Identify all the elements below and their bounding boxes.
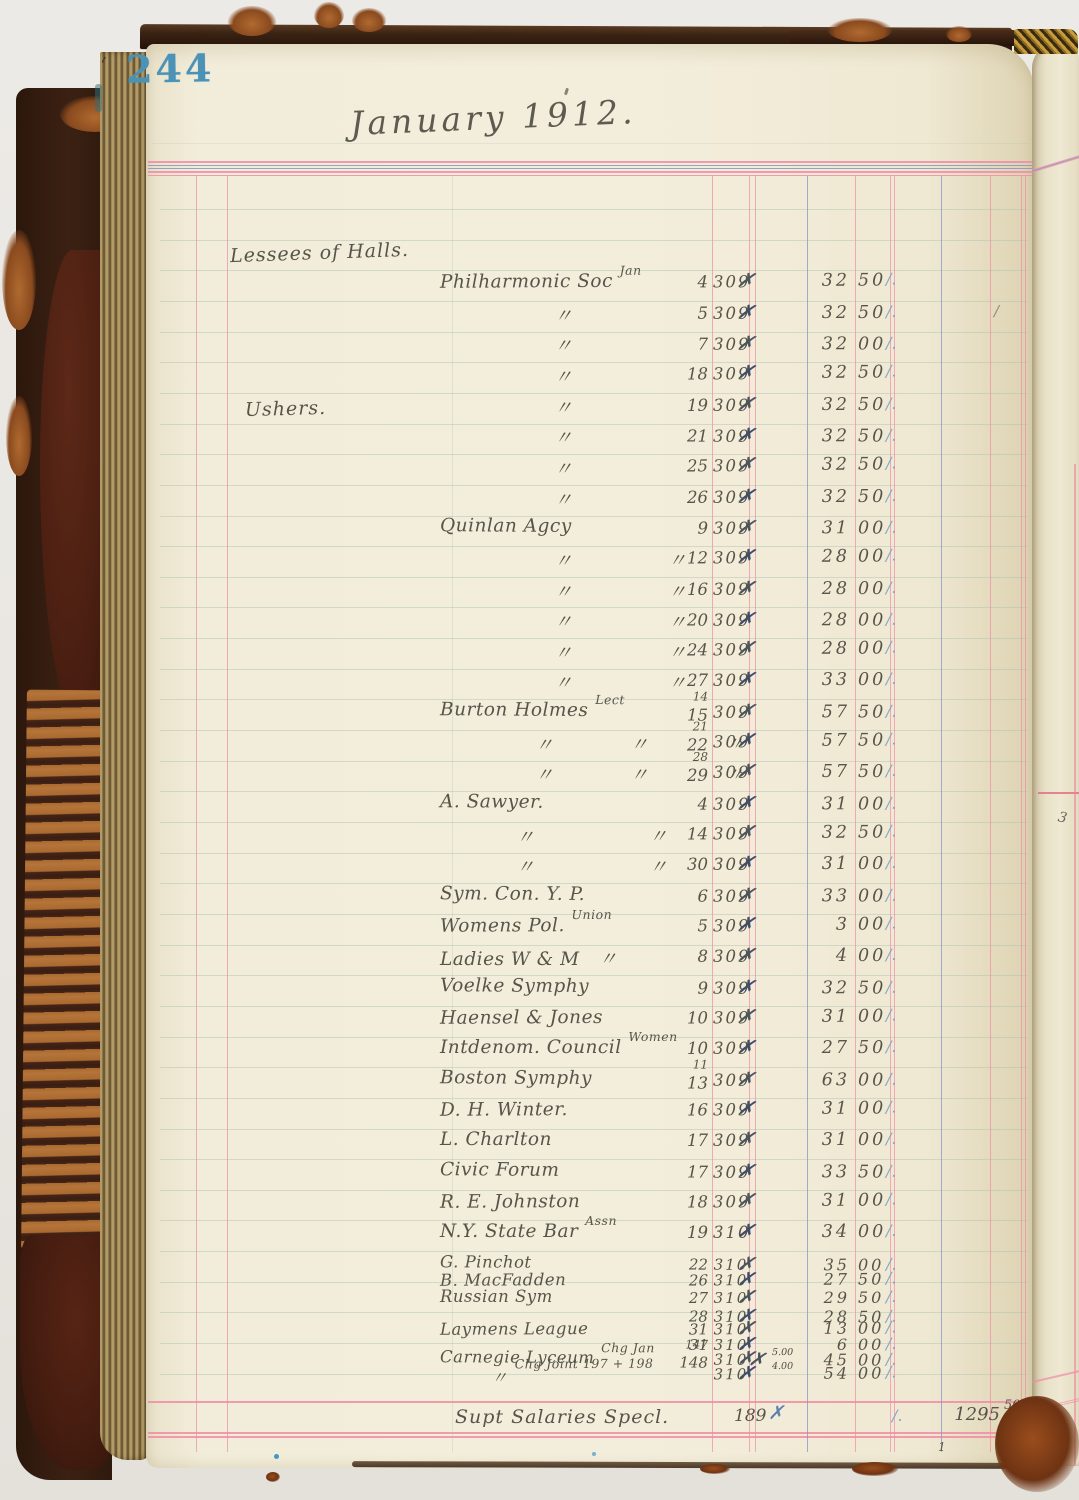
entry-day: 8 [668, 947, 708, 966]
next-leaf-gold-stripes [1014, 29, 1078, 54]
ledger-row: 〃26309✗3250/. [146, 484, 1030, 514]
footer-tick-icon: /. [892, 1406, 902, 1425]
entry-name: 〃 〃 [440, 638, 687, 665]
entry-tick-icon: /. [886, 761, 896, 780]
entry-amount-cents: 00 [858, 914, 886, 934]
blue-speck [274, 1454, 279, 1459]
entry-superscript: Chg Joint 197 + 198 [508, 1356, 654, 1372]
rust-blob [995, 1396, 1079, 1492]
entry-tick-icon: /. [886, 945, 896, 964]
entry-amount-dollars: 32 [788, 822, 850, 842]
entry-tick-icon: /. [886, 1129, 896, 1148]
entry-right-mark: / [994, 302, 999, 320]
entry-name: Quinlan Agcy [440, 515, 572, 537]
ledger-row: 〃25309✗3250/. [146, 451, 1030, 486]
entry-amount-dollars: 57 [788, 730, 850, 750]
ledger-row: 〃7309✗3200/. [146, 328, 1030, 363]
entry-tick-icon: /. [886, 1037, 896, 1056]
entry-tick-icon: /. [886, 913, 897, 932]
entry-amount-cents: 00 [858, 1190, 886, 1210]
entry-amount-cents: 00 [858, 579, 886, 599]
entry-amount-cents: 00 [858, 1098, 886, 1118]
entry-tick-icon: /. [886, 578, 896, 597]
entry-tick-icon: /. [886, 821, 897, 840]
entry-day: 13 [668, 1073, 708, 1092]
entry-tick-icon: /. [886, 1097, 897, 1116]
entry-tick-icon: /. [886, 794, 897, 813]
entry-amount-cents: 50 [858, 454, 886, 474]
entry-day: 5 [668, 304, 708, 323]
entry-name: N.Y. State Bar Assn [440, 1221, 578, 1242]
footer-ref-check-icon: ✗ [768, 1402, 784, 1424]
entry-tick-icon: /. [886, 486, 896, 505]
rust-speck [700, 1464, 730, 1474]
entry-name: 〃 Chg Joint 197 + 198 [440, 1364, 508, 1388]
entry-day: 4 [668, 794, 708, 813]
entry-day: 16 [668, 1100, 708, 1119]
entry-name: Womens Pol. Union [440, 915, 565, 937]
ledger-row: Quinlan Agcy9309✗3100/. [146, 512, 1030, 547]
ledger-row: Womens Pol. Union5309✗300/. [146, 910, 1030, 945]
entry-amount-dollars: 27 [788, 1038, 850, 1058]
entry-amount-dollars: 31 [788, 854, 850, 874]
entry-superscript: Jan [613, 263, 642, 278]
ledger-row: L. Charlton17309✗3100/. [146, 1127, 1030, 1157]
entry-amount-dollars: 28 [788, 546, 850, 566]
entry-day: 29 [668, 766, 708, 785]
entry-amount-dollars: 57 [788, 762, 850, 782]
footer-amount-dollars: 1295 [914, 1404, 1000, 1425]
entry-day: 30 [668, 855, 708, 874]
entry-tick-icon: /. [886, 545, 897, 564]
entry-name: Boston Symphy [440, 1067, 592, 1089]
page-number: 244 [126, 45, 215, 92]
entry-amount-cents: 00 [858, 638, 886, 658]
photo-backdrop: January 1912. Lessees of Halls. Ushers. … [0, 0, 1079, 1500]
entry-name: 〃 [440, 394, 573, 420]
entry-amount-dollars: 31 [788, 1098, 850, 1118]
next-page-squiggle: 3 [1056, 809, 1068, 827]
entry-tick-icon: /. [886, 1069, 897, 1088]
entry-tick-icon: /. [886, 729, 897, 748]
entry-amount-dollars: 32 [788, 334, 850, 354]
header-band-line [148, 165, 1034, 167]
entry-day: 9 [668, 519, 708, 538]
entry-amount-dollars: 32 [788, 978, 850, 998]
entry-name: D. H. Winter. [440, 1099, 568, 1121]
ledger-row: 〃 〃14309✗3250/. [146, 818, 1030, 853]
ledger-row: 〃 〃20309✗2800/. [146, 604, 1030, 639]
bottom-band-curve [1032, 1369, 1079, 1384]
entry-amount-cents: 50 [858, 427, 886, 447]
footer-label: Supt Salaries Specl. [455, 1406, 669, 1428]
book-spine-stripes [21, 690, 111, 1251]
entry-day: 19 [668, 1223, 708, 1242]
entry-tick-icon: /. [886, 334, 897, 353]
entry-superscript: Chg Jan [594, 1340, 654, 1355]
entry-amount-cents: 00 [858, 1006, 886, 1026]
entry-amount-cents: 50 [858, 487, 886, 507]
blue-speck [592, 1452, 596, 1456]
entry-tick-icon: /. [886, 453, 897, 472]
entry-amount-dollars: 3 [788, 914, 850, 934]
ledger-row: 〃 〃 〃2122309✗5750/. [146, 726, 1030, 761]
entry-tick-icon: /. [886, 302, 896, 321]
ledger-row: 〃 〃30309✗3100/. [146, 851, 1030, 881]
entry-day: 24 [668, 640, 708, 659]
entry-day: 10 [668, 1039, 708, 1058]
entry-name: 〃 [440, 455, 573, 482]
entry-name: Burton Holmes Lect [440, 699, 589, 721]
entry-amount-dollars: 33 [788, 670, 850, 690]
entry-superscript: Lect [588, 692, 625, 707]
ledger-row: D. H. Winter.16309✗3100/. [146, 1094, 1030, 1129]
entry-amount-cents: 00 [858, 611, 886, 631]
ledger-row: Philharmonic Soc Jan4309✗3250/. [146, 267, 1030, 302]
entry-amount-dollars: 32 [788, 487, 850, 507]
entry-amount-dollars: 32 [788, 363, 850, 383]
entry-name: Philharmonic Soc Jan [440, 271, 613, 293]
entry-amount-dollars: 31 [788, 1190, 850, 1210]
entry-name: 〃 〃 [440, 669, 687, 695]
entry-name: 〃 [440, 302, 573, 328]
entry-amount-cents: 00 [858, 519, 886, 539]
header-band-line [148, 175, 1034, 177]
entry-tick-icon: /. [886, 1287, 896, 1306]
bottom-band-line [148, 1401, 1034, 1403]
entry-amount-cents: 50 [858, 730, 886, 750]
entry-name: Sym. Con. Y. P. [440, 883, 585, 905]
entry-tick-icon: /. [886, 886, 897, 905]
entry-superscript: Union [565, 907, 612, 922]
entry-day: 7 [668, 335, 708, 354]
leather-fuzz [314, 2, 344, 28]
next-page-red-line [1038, 792, 1079, 794]
entry-amount-cents: 00 [858, 946, 886, 966]
header-band-line [148, 161, 1034, 163]
entry-amount-cents: 00 [858, 886, 886, 906]
entry-amount-cents: 50 [858, 762, 886, 782]
header-band-line [148, 168, 1034, 170]
entry-amount-cents: 50 [858, 303, 886, 323]
ledger-row: 〃5309✗3250/./ [146, 300, 1030, 330]
entry-amount-cents: 50 [858, 395, 886, 415]
section-label-lessees: Lessees of Halls. [230, 239, 410, 267]
entry-day-upper: 21 [668, 719, 708, 733]
entry-tick-icon: /. [886, 394, 896, 413]
next-page-edge: 3 [1032, 44, 1079, 1466]
leather-fuzz [228, 6, 276, 36]
entry-tick-icon: /. [886, 1189, 897, 1208]
entry-amount-cents: 00 [858, 794, 886, 814]
entry-tick-icon: /. [886, 702, 897, 721]
entry-amount-dollars: 32 [788, 455, 850, 475]
entry-name: R. E. Johnston [440, 1191, 580, 1213]
entry-tick-icon: /. [886, 977, 897, 996]
entry-day: 10 [668, 1008, 708, 1027]
leather-fuzz [6, 396, 32, 476]
entry-name: Intdenom. Council Women [440, 1037, 622, 1058]
ink-smudge [95, 84, 102, 112]
entry-amount-dollars: 31 [788, 518, 850, 538]
entry-day-upper: 28 [668, 750, 708, 764]
entry-amount-cents: 50 [858, 703, 886, 723]
ledger-row: 〃 Chg Joint 197 + 198310✗4.005400/. [146, 1360, 1030, 1395]
entry-tick-icon: /. [886, 269, 897, 288]
entry-amount-dollars: 32 [788, 395, 850, 415]
entry-amount-cents: 00 [858, 1130, 886, 1150]
entry-amount-dollars: 57 [788, 702, 850, 722]
entry-amount-dollars: 4 [788, 946, 850, 966]
next-page-red-vline [1074, 464, 1076, 1466]
bottom-band-line [148, 1432, 1034, 1434]
ledger-row: 〃 〃16309✗2800/. [146, 576, 1030, 606]
entry-name: 〃 [440, 363, 573, 390]
entry-superscript: Assn [578, 1213, 617, 1228]
entry-amount-dollars: 54 [788, 1364, 850, 1383]
entry-day: 21 [668, 427, 708, 446]
entry-name: L. Charlton [440, 1129, 552, 1150]
entry-amount-cents: 50 [858, 1038, 886, 1058]
entry-day: 20 [668, 611, 708, 630]
ledger-row: Boston Symphy1113309✗6300/. [146, 1064, 1030, 1099]
entry-day: 5 [668, 916, 708, 935]
entry-day: 27 [668, 671, 708, 690]
leather-fuzz [828, 18, 892, 42]
ledger-row: 〃 〃24309✗2800/. [146, 634, 1030, 669]
entry-amount-cents: 50 [858, 822, 886, 842]
entry-day-upper: 11 [668, 1057, 708, 1071]
row-line [160, 240, 1027, 241]
entry-amount-dollars: 31 [788, 1130, 850, 1150]
ledger-row: Ladies W & M 〃8309✗400/. [146, 943, 1030, 973]
entry-day: 18 [668, 364, 708, 383]
entry-day: 25 [668, 456, 708, 475]
rust-speck [266, 1472, 280, 1482]
leather-fuzz [946, 26, 972, 42]
entry-day-upper: 14 [668, 690, 708, 704]
footer-below-mark: 1 [938, 1440, 946, 1454]
entry-tick-icon: /. [886, 1161, 897, 1180]
entry-name: 〃 〃 [440, 853, 668, 879]
entry-amount-dollars: 28 [788, 579, 850, 599]
entry-amount-dollars: 28 [788, 638, 850, 658]
gilt-page-edges [100, 52, 150, 1460]
entry-amount-cents: 50 [858, 1162, 886, 1182]
ledger-row: 〃19309✗3250/. [146, 392, 1030, 422]
ledger-title: January 1912. [349, 92, 637, 143]
entry-day: 17 [668, 1131, 708, 1150]
ledger-row: N.Y. State Bar Assn19310✗3400/. [146, 1219, 1030, 1249]
leather-fuzz [352, 8, 386, 32]
entry-tick-icon: /. [886, 518, 897, 537]
entry-amount-cents: 00 [858, 1070, 886, 1090]
ledger-row: 〃21309✗3250/. [146, 420, 1030, 455]
entry-amount-dollars: 33 [788, 1162, 850, 1182]
entry-amount-cents: 50 [858, 362, 886, 382]
entry-amount-cents: 00 [858, 854, 886, 874]
entry-tick-icon: /. [886, 637, 897, 656]
ledger-row: 〃18309✗3250/. [146, 359, 1030, 394]
entry-name: Haensel & Jones [440, 1007, 603, 1029]
entry-tick-icon: /. [886, 669, 896, 688]
entry-day: 26 [668, 488, 708, 507]
entry-day: 4 [668, 272, 708, 291]
entry-name: 〃 [440, 486, 573, 512]
entry-day: 12 [668, 548, 708, 567]
entry-day: 19 [668, 396, 708, 415]
entry-tick-icon: /. [886, 853, 896, 872]
entry-day: 18 [668, 1192, 708, 1211]
entry-tick-icon: /. [886, 610, 897, 629]
entry-name: 〃 〃 [440, 607, 687, 634]
ledger-row: A. Sawyer.4309✗3100/. [146, 788, 1030, 823]
entry-amount-cents: 50 [858, 978, 886, 998]
entry-amount-dollars: 32 [788, 426, 850, 446]
entry-tick-icon: /. [886, 1221, 896, 1240]
entry-name: 〃 [440, 423, 573, 450]
entry-amount-dollars: 63 [788, 1070, 850, 1090]
entry-day: 14 [668, 824, 708, 843]
row-line [152, 143, 1030, 144]
entry-tick-icon: /. [886, 1362, 897, 1381]
entry-amount-dollars: 31 [788, 1006, 850, 1026]
ledger-row: Civic Forum17309✗3350/. [146, 1156, 1030, 1191]
entry-tick-icon: /. [886, 361, 897, 380]
entry-name: 〃 〃 [440, 578, 687, 604]
entry-day: 16 [668, 580, 708, 599]
entry-tick-icon: /. [886, 1005, 897, 1024]
entry-name: A. Sawyer. [440, 791, 544, 813]
entry-name: Voelke Symphy [440, 975, 589, 997]
header-band-line [148, 171, 1034, 173]
entry-day: 9 [668, 978, 708, 997]
entry-amount-dollars: 28 [788, 610, 850, 630]
ledger-row: 〃 〃12309✗2800/. [146, 543, 1030, 578]
entry-amount-dollars: 33 [788, 886, 850, 906]
entry-tick-icon: /. [886, 426, 897, 445]
entry-name: 〃 〃 [440, 546, 687, 573]
entry-amount-dollars: 34 [788, 1222, 850, 1242]
entry-amount-cents: 00 [858, 1363, 884, 1382]
leather-fuzz [2, 230, 36, 330]
ledger-row: Haensel & Jones10309✗3100/. [146, 1002, 1030, 1037]
entry-amount-cents: 00 [858, 335, 886, 355]
footer-ref: 189 [734, 1406, 766, 1426]
bottom-band-line [148, 1436, 1034, 1438]
entry-day: 6 [668, 886, 708, 905]
entry-name: Ladies W & M 〃 [440, 945, 618, 971]
row-line [160, 209, 1027, 210]
entry-amount-cents: 00 [858, 670, 886, 690]
rust-speck [852, 1462, 898, 1476]
entry-day: 17 [668, 1162, 708, 1181]
ledger-row: Burton Holmes Lect1415309✗5750/. [146, 696, 1030, 731]
ledger-row: Intdenom. Council Women10309✗2750/. [146, 1035, 1030, 1065]
entry-amount-dollars: 32 [788, 303, 850, 323]
ledger-page: January 1912. Lessees of Halls. Ushers. … [146, 44, 1034, 1468]
entry-amount-cents: 00 [858, 546, 886, 566]
entry-amount-dollars: 31 [788, 794, 850, 814]
entry-day-upper: 147 [668, 1337, 708, 1351]
entry-name: 〃 [440, 332, 573, 359]
entry-name: Civic Forum [440, 1159, 560, 1181]
entry-amount-cents: 00 [858, 1222, 886, 1242]
header-band-curve [1032, 153, 1079, 174]
entry-amount-cents: 50 [858, 270, 886, 290]
ledger-row: 〃 〃 〃2829309✗5750/. [146, 759, 1030, 789]
ledger-row: Voelke Symphy9309✗3250/. [146, 972, 1030, 1007]
entry-name: 〃 〃 [440, 822, 668, 849]
entry-amount-dollars: 32 [788, 271, 850, 291]
